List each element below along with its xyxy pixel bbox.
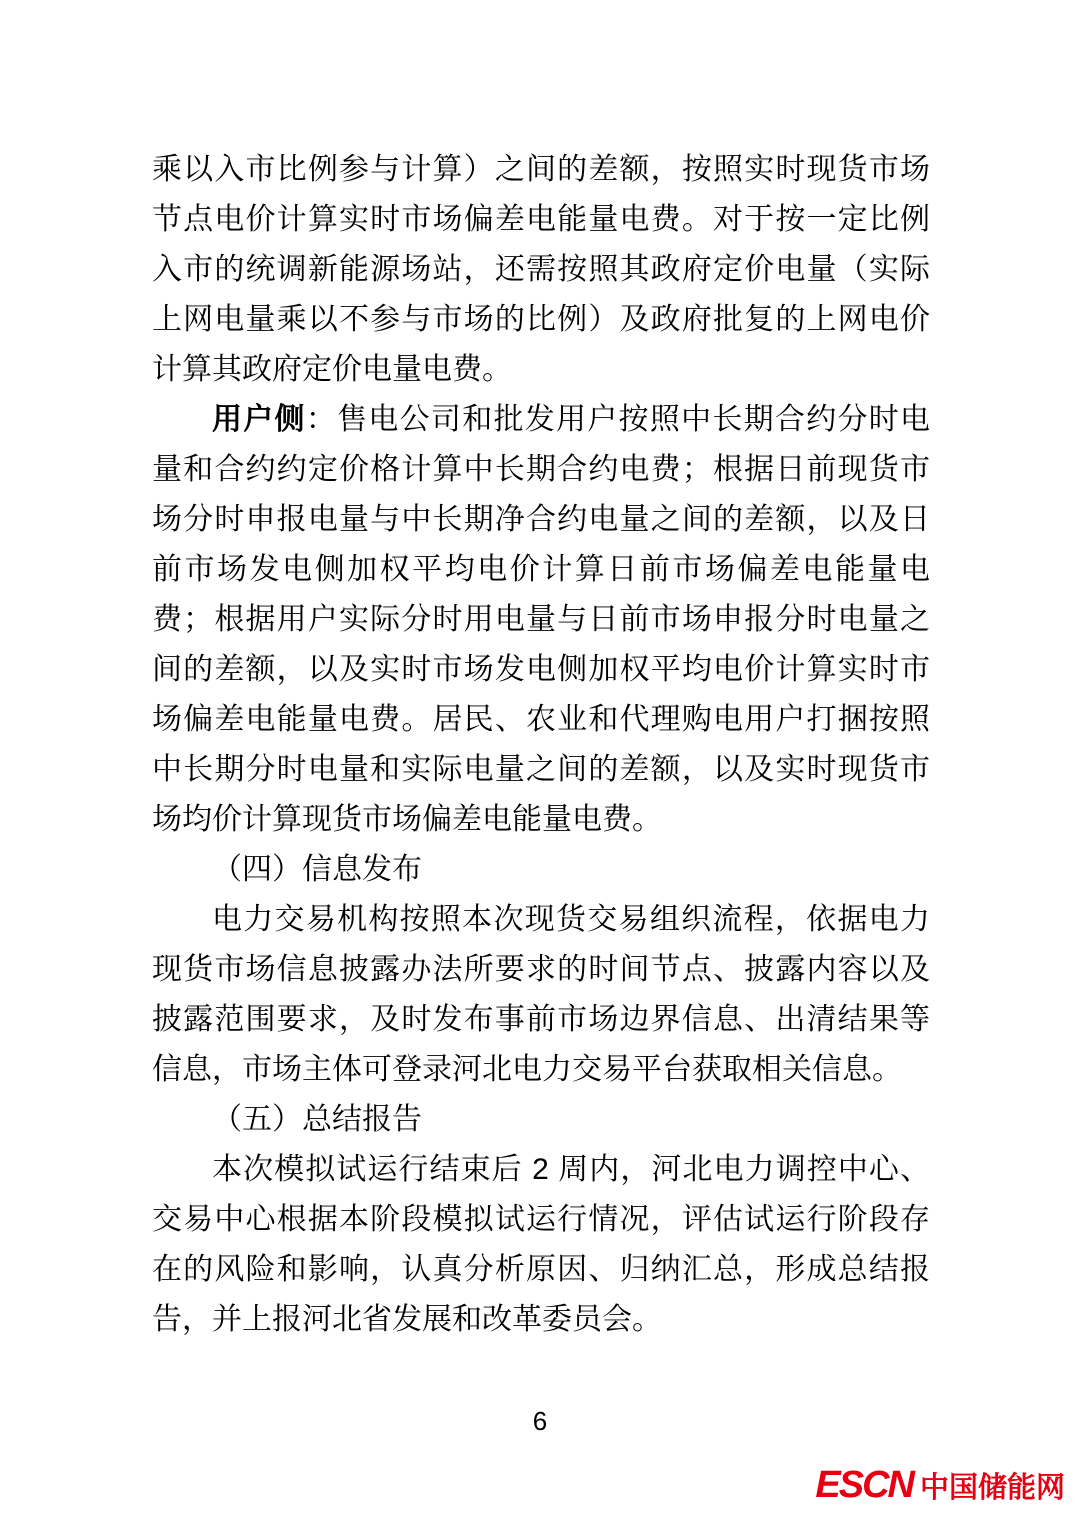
escn-logo-latin: ESCN bbox=[815, 1464, 913, 1507]
page-number: 6 bbox=[0, 1406, 1080, 1436]
paragraph-summary-report: 本次模拟试运行结束后 2 周内，河北电力调控中心、交易中心根据本阶段模拟试运行情… bbox=[152, 1145, 930, 1345]
paragraph-info-release: 电力交易机构按照本次现货交易组织流程，依据电力现货市场信息披露办法所要求的时间节… bbox=[152, 895, 930, 1095]
user-side-label: 用户侧 bbox=[212, 403, 306, 436]
document-body: 乘以入市比例参与计算）之间的差额，按照实时现货市场节点电价计算实时市场偏差电能量… bbox=[152, 145, 930, 1345]
escn-logo: ESCN 中国储能网 bbox=[815, 1464, 1065, 1507]
paragraph-user-side: 用户侧：售电公司和批发用户按照中长期合约分时电量和合约约定价格计算中长期合约电费… bbox=[152, 395, 930, 845]
user-side-text: ：售电公司和批发用户按照中长期合约分时电量和合约约定价格计算中长期合约电费；根据… bbox=[152, 403, 930, 836]
section-heading-four-info-release: （四）信息发布 bbox=[152, 845, 930, 895]
paragraph-continuation: 乘以入市比例参与计算）之间的差额，按照实时现货市场节点电价计算实时市场偏差电能量… bbox=[152, 145, 930, 395]
document-page: 乘以入市比例参与计算）之间的差额，按照实时现货市场节点电价计算实时市场偏差电能量… bbox=[0, 0, 1080, 1527]
escn-logo-cjk: 中国储能网 bbox=[920, 1465, 1065, 1506]
section-heading-five-summary-report: （五）总结报告 bbox=[152, 1095, 930, 1145]
